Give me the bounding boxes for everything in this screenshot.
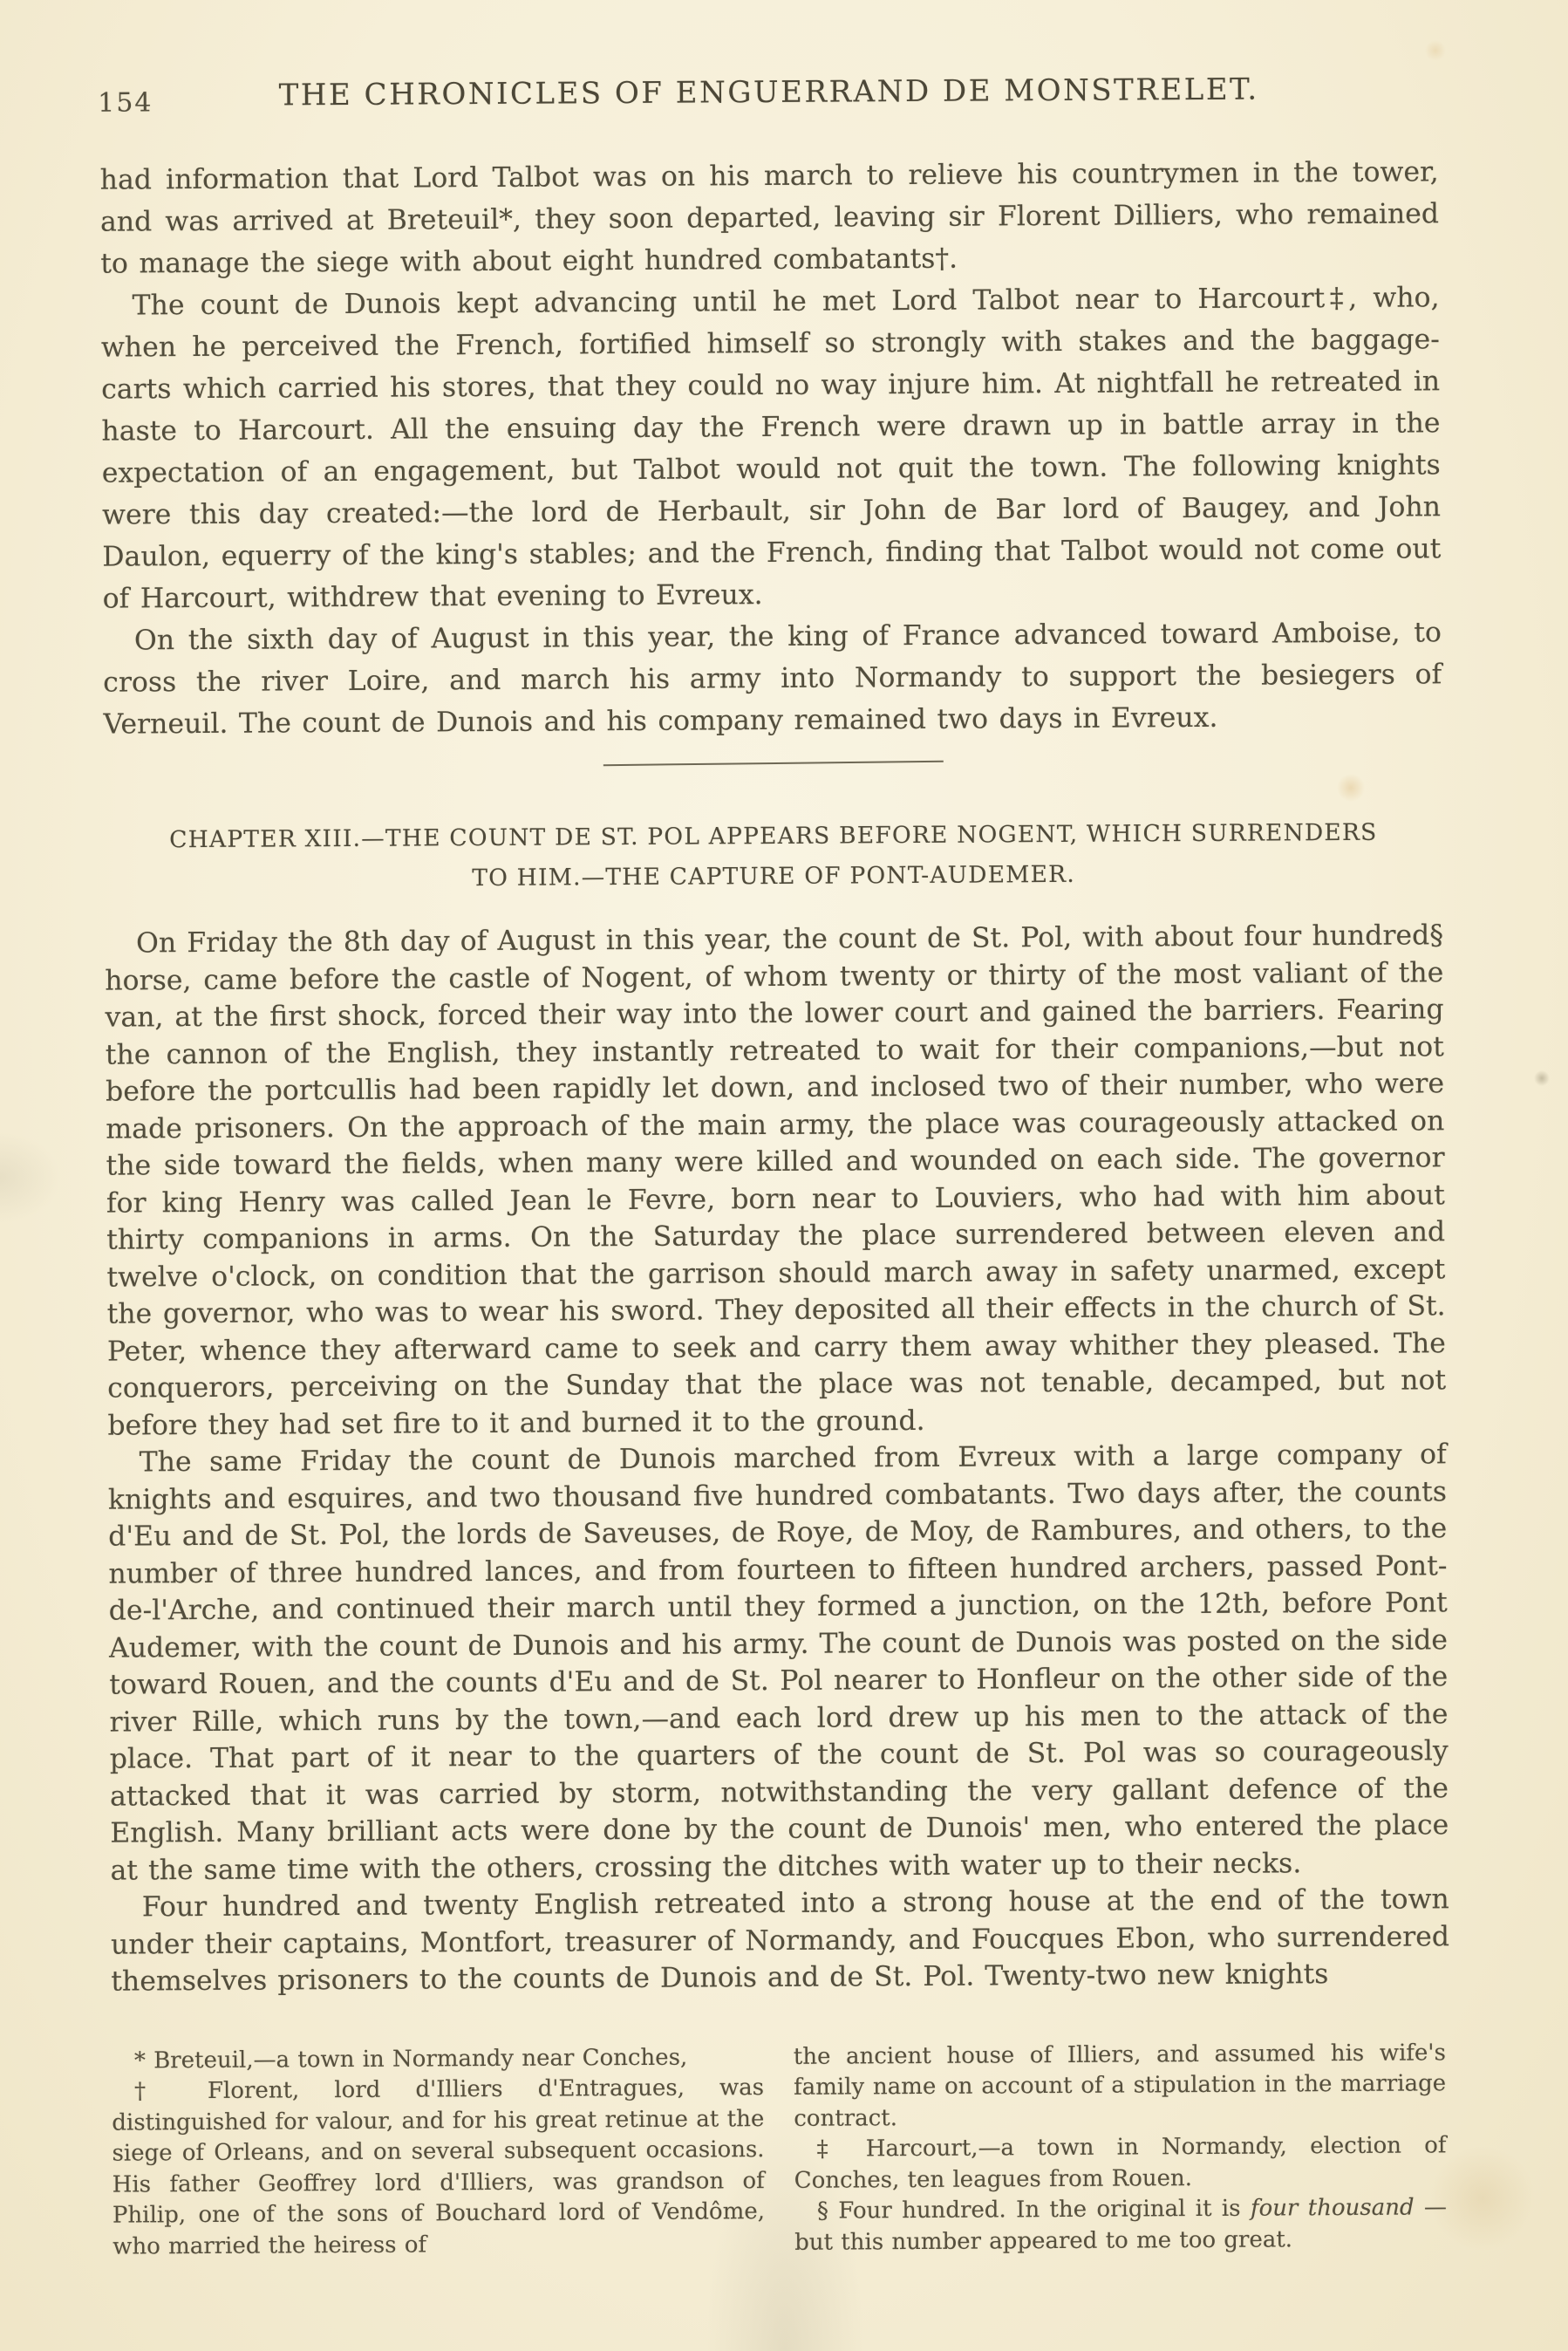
paragraph: Four hundred and twenty English retreate… [111, 1881, 1450, 2000]
footnote-four-hundred-text: § Four hundred. In the original it is [817, 2196, 1251, 2225]
running-title: THE CHRONICLES OF ENGUERRAND DE MONSTREL… [99, 71, 1438, 113]
body-text: had information that Lord Talbot was on … [100, 151, 1442, 745]
page-header: 154 THE CHRONICLES OF ENGUERRAND DE MONS… [99, 71, 1438, 120]
paragraph: On the sixth day of August in this year,… [103, 612, 1442, 745]
footnote-four-hundred-italic: four thousand [1251, 2195, 1415, 2222]
chapter-heading-line2: TO HIM.—THE CAPTURE OF PONT-AUDEMER. [104, 852, 1442, 900]
footnote-breteuil: * Breteuil,—a town in Normandy near Conc… [112, 2042, 764, 2077]
chapter-heading-line1: CHAPTER XIII.—THE COUNT DE ST. POL APPEA… [104, 812, 1442, 860]
page-number: 154 [98, 87, 153, 118]
paragraph: On Friday the 8th day of August in this … [105, 917, 1447, 1444]
paragraph: The same Friday the count de Dunois marc… [108, 1436, 1449, 1889]
footnote-florent: † Florent, lord d'Illiers d'Entragues, w… [112, 2073, 765, 2263]
chapter-body: On Friday the 8th day of August in this … [105, 917, 1450, 2000]
page-content: 154 THE CHRONICLES OF ENGUERRAND DE MONS… [99, 71, 1451, 2262]
chapter-heading: CHAPTER XIII.—THE COUNT DE ST. POL APPEA… [104, 812, 1443, 900]
section-divider [603, 761, 943, 766]
footnote-harcourt: ‡ Harcourt,—a town in Normandy, election… [794, 2130, 1446, 2197]
paragraph: had information that Lord Talbot was on … [100, 151, 1440, 284]
footnote-four-hundred: § Four hundred. In the original it is fo… [794, 2192, 1447, 2259]
footnotes: * Breteuil,—a town in Normandy near Conc… [112, 2038, 1451, 2263]
paragraph: The count de Dunois kept advancing until… [100, 277, 1441, 619]
footnotes-left-column: * Breteuil,—a town in Normandy near Conc… [112, 2042, 766, 2263]
footnote-florent-continuation: the ancient house of Illiers, and assume… [794, 2038, 1447, 2135]
footnotes-right-column: the ancient house of Illiers, and assume… [794, 2038, 1448, 2259]
